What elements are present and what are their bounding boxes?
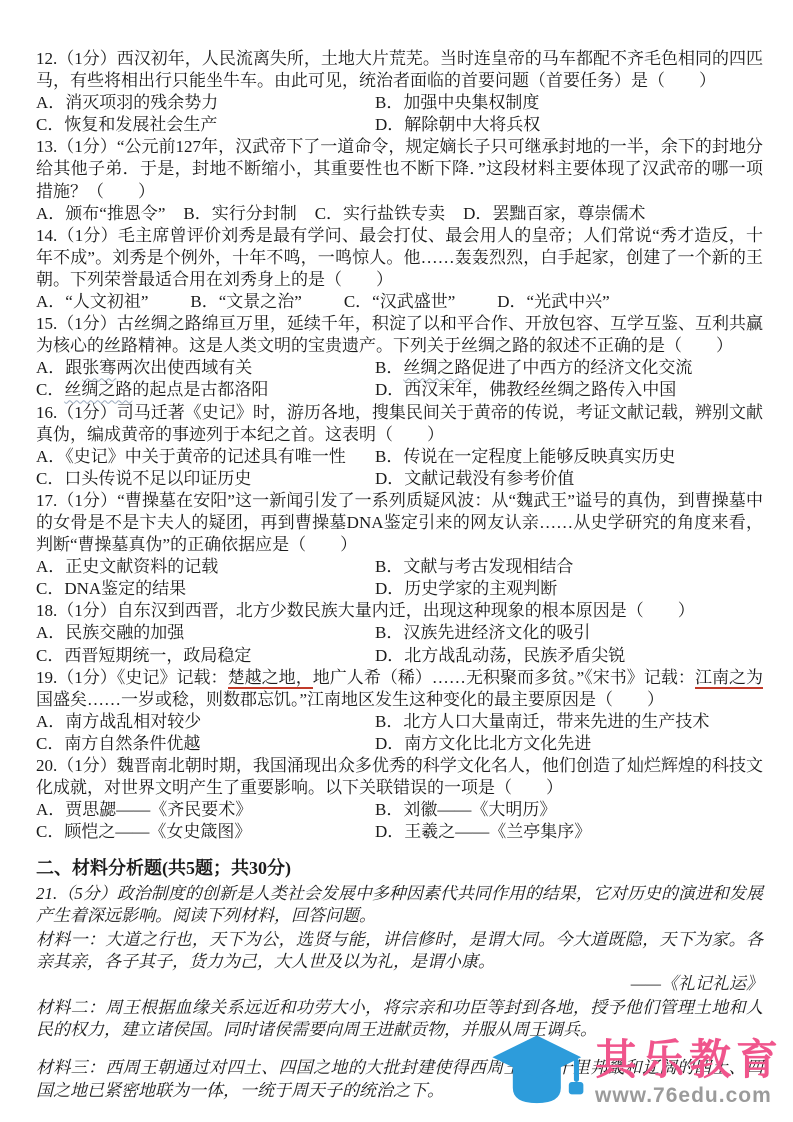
text-segment: D．罢黜百家，尊崇儒术 (463, 204, 645, 223)
material-text: 材料一：大道之行也，天下为公，选贤与能，讲信修时，是谓大同。今大道既隐，天下为家… (36, 929, 763, 973)
option: B．北方人口大量南迁，带来先进的生产技术 (375, 711, 763, 733)
question-stem: 19.（1分）《史记》记载：楚越之地，地广人希（稀）……无积聚而多贫。”《宋书》… (36, 667, 763, 711)
exam-page: 12.（1分）西汉初年，人民流离失所，土地大片荒芜。当时连皇帝的马车都配不齐毛色… (0, 0, 793, 1122)
text-segment: C． (36, 380, 64, 399)
text-segment: 楚越之地， (228, 668, 313, 689)
option: A．贾思勰——《齐民要术》 (36, 799, 375, 821)
question-item: 13.（1分）“公元前127年，汉武帝下了一道命令，规定嫡长子只可继承封地的一半… (36, 136, 763, 224)
text-segment: 两次出使西域有关 (116, 358, 252, 377)
option: D．南方文化比北方文化先进 (375, 733, 763, 755)
text-segment: D．解除朝中大将兵权 (375, 115, 540, 134)
question-options: A．消灭项羽的残余势力B．加强中央集权制度C．恢复和发展社会生产D．解除朝中大将… (36, 92, 763, 136)
text-segment: A．南方战乱相对较少 (36, 712, 201, 731)
question-options: A．民族交融的加强B．汉族先进经济文化的吸引C．西晋短期统一，政局稳定D．北方战… (36, 622, 763, 666)
text-segment: B．刘徽——《大明历》 (375, 800, 556, 819)
option: D．“光武中兴” (497, 291, 609, 313)
option: B．文献与考古发现相结合 (375, 556, 763, 578)
question-stem: 15.（1分）古丝绸之路绵亘万里，延续千年，积淀了以和平合作、开放包容、互学互鉴… (36, 313, 763, 357)
text-segment: 21.（5分）政治制度的创新是人类社会发展中多种因素代共同作用的结果，它对历史的… (36, 884, 763, 925)
option: B．加强中央集权制度 (375, 92, 763, 114)
graduation-cap-icon (491, 1032, 587, 1116)
text-segment: 地广人希（稀）……无积聚而多贫。”《宋书》记载： (313, 668, 695, 687)
option: D．王羲之——《兰亭集序》 (375, 821, 763, 843)
exam-content: 12.（1分）西汉初年，人民流离失所，土地大片荒芜。当时连皇帝的马车都配不齐毛色… (0, 0, 793, 1102)
question-options: A．正史文献资料的记载B．文献与考古发现相结合C．DNA鉴定的结果D．历史学家的… (36, 556, 763, 600)
text-segment: 促进了中西方的经济文化交流 (471, 358, 692, 377)
text-segment: C．恢复和发展社会生产 (36, 115, 217, 134)
text-segment: C．实行盐铁专卖 (315, 204, 445, 223)
option: C．DNA鉴定的结果 (36, 578, 375, 600)
question-stem: 14.（1分）毛主席曾评价刘秀是最有学问、最会打仗、最会用人的皇帝；人们常说“秀… (36, 225, 763, 291)
option: C．实行盐铁专卖 (315, 203, 445, 225)
text-segment: B．汉族先进经济文化的吸引 (375, 623, 590, 642)
question-item: 19.（1分）《史记》记载：楚越之地，地广人希（稀）……无积聚而多贫。”《宋书》… (36, 667, 763, 755)
text-segment: D．西汉末年，佛教经丝绸之路传入中国 (375, 380, 676, 399)
option: B．汉族先进经济文化的吸引 (375, 622, 763, 644)
text-segment: B． (375, 358, 403, 377)
text-segment: D．南方文化比北方文化先进 (375, 734, 591, 753)
option: A．“人文初祖” (36, 291, 148, 313)
text-segment: A．民族交融的加强 (36, 623, 184, 642)
question-item: 20.（1分）魏晋南北朝时期，我国涌现出众多优秀的科学文化名人，他们创造了灿烂辉… (36, 755, 763, 843)
brand-text: 其乐教育 www.76edu.com (595, 1038, 783, 1109)
text-segment: C．口头传说不足以印证历史 (36, 469, 251, 488)
question-item: 14.（1分）毛主席曾评价刘秀是最有学问、最会打仗、最会用人的皇帝；人们常说“秀… (36, 225, 763, 313)
option: D．解除朝中大将兵权 (375, 114, 763, 136)
option: D．文献记载没有参考价值 (375, 468, 763, 490)
question-item: 16.（1分）司马迁著《史记》时，游历各地，搜集民间关于黄帝的传说，考证文献记载… (36, 402, 763, 490)
text-segment: B．加强中央集权制度 (375, 93, 539, 112)
option: B．“文景之治” (190, 291, 301, 313)
material-attribution: ——《礼记礼运》 (36, 973, 763, 995)
question-stem: 17.（1分）“曹操墓在安阳”这一新闻引发了一系列质疑风波：从“魏武王”谥号的真… (36, 490, 763, 556)
option: B．丝绸之路促进了中西方的经济文化交流 (375, 357, 763, 379)
question-options: A．《史记》中关于黄帝的记述具有唯一性B．传说在一定程度上能够反映真实历史C．口… (36, 446, 763, 490)
text-segment: 20.（1分）魏晋南北朝时期，我国涌现出众多优秀的科学文化名人，他们创造了灿烂辉… (36, 756, 763, 797)
option: B．实行分封制 (183, 203, 296, 225)
text-segment: 14.（1分）毛主席曾评价刘秀是最有学问、最会打仗、最会用人的皇帝；人们常说“秀… (36, 226, 763, 289)
option: A．正史文献资料的记载 (36, 556, 375, 578)
text-segment: A．颁布“推恩令” (36, 204, 165, 223)
question-stem: 16.（1分）司马迁著《史记》时，游历各地，搜集民间关于黄帝的传说，考证文献记载… (36, 402, 763, 446)
text-segment: A．跟 (36, 358, 82, 377)
section-two-header: 二、材料分析题(共5题；共30分) (36, 857, 763, 880)
option: B．传说在一定程度上能够反映真实历史 (375, 446, 763, 468)
question-list: 12.（1分）西汉初年，人民流离失所，土地大片荒芜。当时连皇帝的马车都配不齐毛色… (36, 48, 763, 843)
text-segment: D．王羲之——《兰亭集序》 (375, 822, 591, 841)
text-segment: 12.（1分）西汉初年，人民流离失所，土地大片荒芜。当时连皇帝的马车都配不齐毛色… (36, 49, 763, 90)
text-segment: D．文献记载没有参考价值 (375, 469, 574, 488)
option: B．刘徽——《大明历》 (375, 799, 763, 821)
text-segment: 15.（1分）古丝绸之路绵亘万里，延续千年，积淀了以和平合作、开放包容、互学互鉴… (36, 314, 763, 355)
question-item: 15.（1分）古丝绸之路绵亘万里，延续千年，积淀了以和平合作、开放包容、互学互鉴… (36, 313, 763, 401)
text-segment: 16.（1分）司马迁著《史记》时，游历各地，搜集民间关于黄帝的传说，考证文献记载… (36, 403, 763, 444)
option: A．南方战乱相对较少 (36, 711, 375, 733)
text-segment: 丝绸之路 (403, 358, 471, 377)
text-segment: D．北方战乱动荡，民族矛盾尖锐 (375, 646, 625, 665)
question-options: A．贾思勰——《齐民要术》B．刘徽——《大明历》C．顾恺之——《女史箴图》D．王… (36, 799, 763, 843)
text-segment: C．DNA鉴定的结果 (36, 579, 186, 598)
question-options: A．“人文初祖”B．“文景之治”C．“汉武盛世”D．“光武中兴” (36, 291, 763, 313)
question-stem: 12.（1分）西汉初年，人民流离失所，土地大片荒芜。当时连皇帝的马车都配不齐毛色… (36, 48, 763, 92)
text-segment: D．历史学家的主观判断 (375, 579, 557, 598)
text-segment: 张骞 (82, 358, 116, 377)
brand-name: 其乐教育 (595, 1038, 783, 1082)
text-segment: C．南方自然条件优越 (36, 734, 200, 753)
option: D．西汉末年，佛教经丝绸之路传入中国 (375, 379, 763, 401)
option: C．“汉武盛世” (344, 291, 455, 313)
text-segment: C．西晋短期统一，政局稳定 (36, 646, 251, 665)
text-segment: A．消灭项羽的残余势力 (36, 93, 218, 112)
question-item: 18.（1分）自东汉到西晋，北方少数民族大量内迁，出现这种现象的根本原因是（ ）… (36, 600, 763, 666)
option: C．恢复和发展社会生产 (36, 114, 375, 136)
option: C．顾恺之——《女史箴图》 (36, 821, 375, 843)
option: D．罢黜百家，尊崇儒术 (463, 203, 645, 225)
option: A．消灭项羽的残余势力 (36, 92, 375, 114)
question-stem: 20.（1分）魏晋南北朝时期，我国涌现出众多优秀的科学文化名人，他们创造了灿烂辉… (36, 755, 763, 799)
material-item: 材料一：大道之行也，天下为公，选贤与能，讲信修时，是谓大同。今大道既隐，天下为家… (36, 929, 763, 995)
text-segment: 19.（1分）《史记》记载： (36, 668, 228, 687)
question-21-intro: 21.（5分）政治制度的创新是人类社会发展中多种因素代共同作用的结果，它对历史的… (36, 883, 763, 927)
option: D．北方战乱动荡，民族矛盾尖锐 (375, 645, 763, 667)
text-segment: A．贾思勰——《齐民要术》 (36, 800, 252, 819)
text-segment: C．“汉武盛世” (344, 292, 455, 311)
brand-logo: 其乐教育 www.76edu.com (491, 1032, 783, 1116)
option: C．丝绸之路的起点是古都洛阳 (36, 379, 375, 401)
text-segment: 江南之为 (695, 668, 763, 689)
text-segment: A．“人文初祖” (36, 292, 148, 311)
text-segment: A．正史文献资料的记载 (36, 557, 218, 576)
text-segment: A．《史记》中关于黄帝的记述具有唯一性 (36, 447, 346, 466)
text-segment: B．“文景之治” (190, 292, 301, 311)
text-segment: B．传说在一定程度上能够反映真实历史 (375, 447, 675, 466)
text-segment: D．“光武中兴” (497, 292, 609, 311)
question-options: A．南方战乱相对较少B．北方人口大量南迁，带来先进的生产技术C．南方自然条件优越… (36, 711, 763, 755)
text-segment: 的起点是古都洛阳 (132, 380, 268, 399)
text-segment: 13.（1分）“公元前127年，汉武帝下了一道命令，规定嫡长子只可继承封地的一半… (36, 137, 763, 200)
option: A．民族交融的加强 (36, 622, 375, 644)
option: C．南方自然条件优越 (36, 733, 375, 755)
question-stem: 13.（1分）“公元前127年，汉武帝下了一道命令，规定嫡长子只可继承封地的一半… (36, 136, 763, 202)
text-segment: 丝绸之路 (64, 380, 132, 399)
brand-url: www.76edu.com (595, 1082, 772, 1109)
question-stem: 18.（1分）自东汉到西晋，北方少数民族大量内迁，出现这种现象的根本原因是（ ） (36, 600, 763, 622)
option: A．颁布“推恩令” (36, 203, 165, 225)
question-options: A．颁布“推恩令”B．实行分封制C．实行盐铁专卖D．罢黜百家，尊崇儒术 (36, 203, 763, 225)
text-segment: B．北方人口大量南迁，带来先进的生产技术 (375, 712, 709, 731)
text-segment: B．文献与考古发现相结合 (375, 557, 573, 576)
question-options: A．跟张骞两次出使西域有关B．丝绸之路促进了中西方的经济文化交流C．丝绸之路的起… (36, 357, 763, 401)
option: C．口头传说不足以印证历史 (36, 468, 375, 490)
question-item: 12.（1分）西汉初年，人民流离失所，土地大片荒芜。当时连皇帝的马车都配不齐毛色… (36, 48, 763, 136)
option: D．历史学家的主观判断 (375, 578, 763, 600)
text-segment: 18.（1分）自东汉到西晋，北方少数民族大量内迁，出现这种现象的根本原因是（ ） (36, 601, 695, 620)
option: A．跟张骞两次出使西域有关 (36, 357, 375, 379)
text-segment: 17.（1分）“曹操墓在安阳”这一新闻引发了一系列质疑风波：从“魏武王”谥号的真… (36, 491, 763, 554)
option: A．《史记》中关于黄帝的记述具有唯一性 (36, 446, 375, 468)
text-segment: 国盛矣……一岁或稔，则数郡忘饥。”江南地区发生这种变化的最主要原因是（ ） (36, 690, 664, 709)
text-segment: B．实行分封制 (183, 204, 296, 223)
question-item: 17.（1分）“曹操墓在安阳”这一新闻引发了一系列质疑风波：从“魏武王”谥号的真… (36, 490, 763, 600)
text-segment: C．顾恺之——《女史箴图》 (36, 822, 251, 841)
text-segment: 材料一：大道之行也，天下为公，选贤与能，讲信修时，是谓大同。今大道既隐，天下为家… (36, 930, 763, 971)
option: C．西晋短期统一，政局稳定 (36, 645, 375, 667)
